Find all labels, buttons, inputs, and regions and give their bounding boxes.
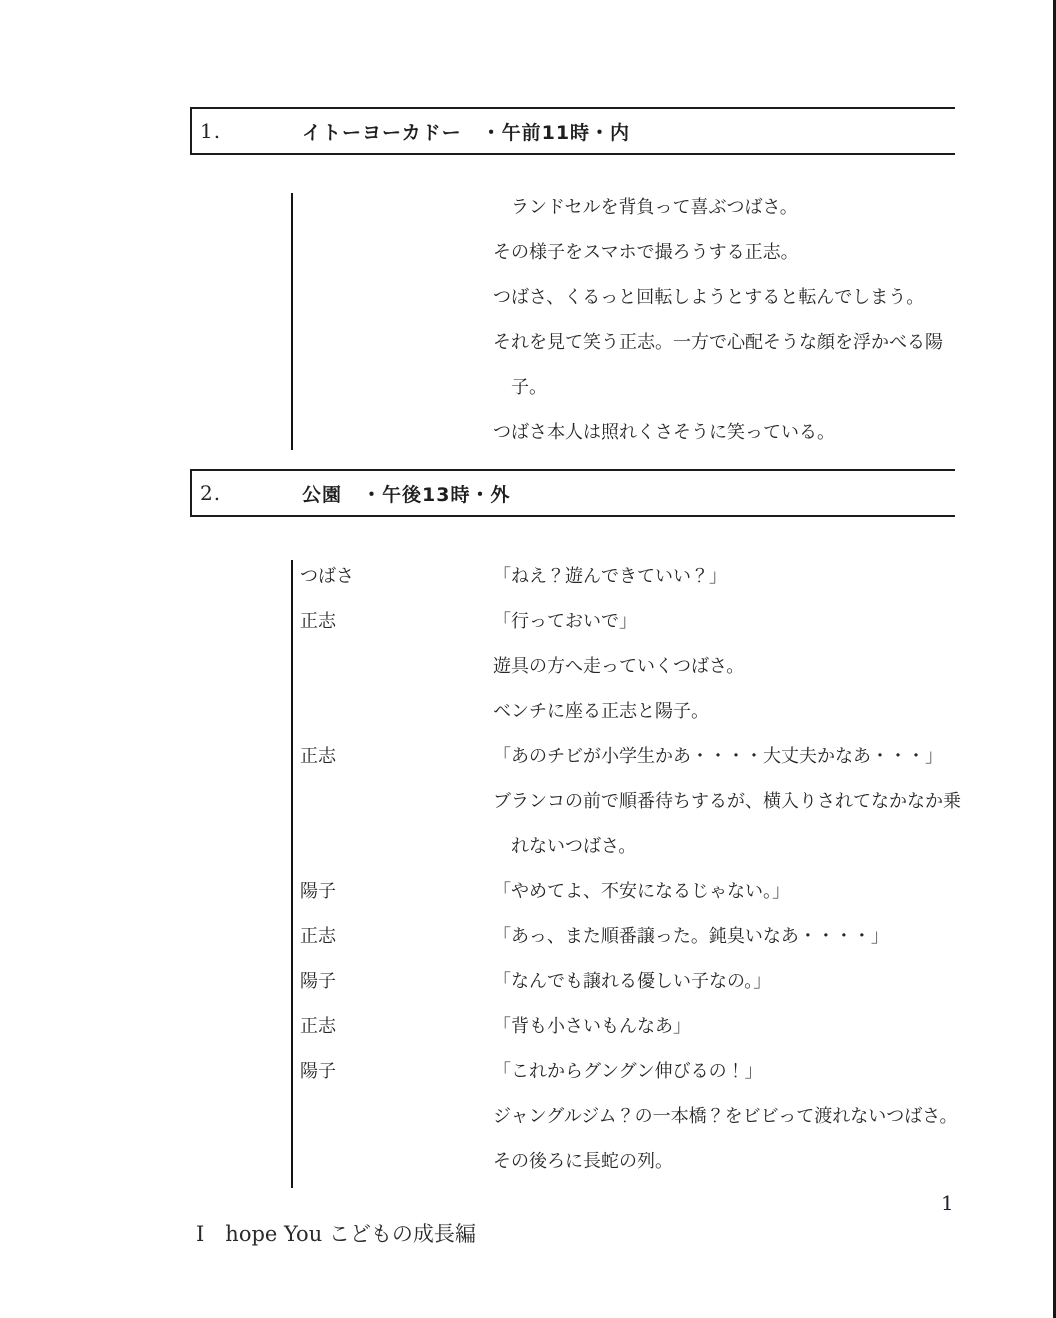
action-text: 子。 xyxy=(493,376,547,400)
scene-heading-2: 2. 公園 ・午後13時・外 xyxy=(190,469,955,517)
dialogue-text: 「これからグングン伸びるの！」 xyxy=(493,1060,763,1084)
action-text: 遊具の方へ走っていくつばさ。 xyxy=(493,655,744,679)
action-row: つばさ、くるっと回転しようとすると転んでしまう。 xyxy=(293,286,991,331)
dialogue-row: 正志「行っておいで」 xyxy=(293,610,991,655)
action-text: つばさ、くるっと回転しようとすると転んでしまう。 xyxy=(493,286,924,310)
page-number: 1 xyxy=(941,1191,954,1215)
action-row: 遊具の方へ走っていくつばさ。 xyxy=(293,655,991,700)
footer-title: I hope You こどもの成長編 xyxy=(196,1218,476,1248)
dialogue-row: つばさ「ねえ？遊んできていい？」 xyxy=(293,565,991,610)
dialogue-row: 陽子「なんでも譲れる優しい子なの。」 xyxy=(293,970,991,1015)
character-name: 陽子 xyxy=(293,880,493,904)
action-row: その後ろに長蛇の列。 xyxy=(293,1150,991,1195)
dialogue-text: 「あっ、また順番譲った。鈍臭いなあ・・・・」 xyxy=(493,925,889,949)
character-name: 陽子 xyxy=(293,1060,493,1084)
dialogue-row: 正志「背も小さいもんなあ」 xyxy=(293,1015,991,1060)
action-text: ブランコの前で順番待ちするが、横入りされてなかなか乗 xyxy=(493,790,961,814)
scene-number: 2. xyxy=(200,481,300,505)
action-text: その後ろに長蛇の列。 xyxy=(493,1150,673,1174)
dialogue-text: 「なんでも譲れる優しい子なの。」 xyxy=(493,970,771,994)
character-name: 正志 xyxy=(293,745,493,769)
dialogue-text: 「背も小さいもんなあ」 xyxy=(493,1015,691,1039)
action-row: れないつばさ。 xyxy=(293,835,991,880)
script-page: 1. イトーヨーカドー ・午前11時・内 ランドセルを背負って喜ぶつばさ。その様… xyxy=(0,0,1056,1318)
action-row: ジャングルジム？の一本橋？をビビって渡れないつばさ。 xyxy=(293,1105,991,1150)
dialogue-text: 「行っておいで」 xyxy=(493,610,637,634)
action-row: それを見て笑う正志。一方で心配そうな顔を浮かべる陽 xyxy=(293,331,991,376)
action-text: その様子をスマホで撮ろうする正志。 xyxy=(493,241,799,265)
scene-body-1: ランドセルを背負って喜ぶつばさ。その様子をスマホで撮ろうする正志。つばさ、くるっ… xyxy=(291,193,991,450)
dialogue-row: 陽子「やめてよ、不安になるじゃない。」 xyxy=(293,880,991,925)
scene-body-2: つばさ「ねえ？遊んできていい？」正志「行っておいで」遊具の方へ走っていくつばさ。… xyxy=(291,560,991,1188)
dialogue-row: 陽子「これからグングン伸びるの！」 xyxy=(293,1060,991,1105)
action-text: れないつばさ。 xyxy=(493,835,636,859)
action-text: ベンチに座る正志と陽子。 xyxy=(493,700,709,724)
dialogue-row: 正志「あっ、また順番譲った。鈍臭いなあ・・・・」 xyxy=(293,925,991,970)
character-name: 正志 xyxy=(293,1015,493,1039)
dialogue-text: 「あのチビが小学生かあ・・・・大丈夫かなあ・・・」 xyxy=(493,745,943,769)
action-row: その様子をスマホで撮ろうする正志。 xyxy=(293,241,991,286)
action-row: 子。 xyxy=(293,376,991,421)
character-name: つばさ xyxy=(293,565,493,589)
dialogue-text: 「やめてよ、不安になるじゃない。」 xyxy=(493,880,790,904)
action-text: それを見て笑う正志。一方で心配そうな顔を浮かべる陽 xyxy=(493,331,943,355)
scene-title: 公園 ・午後13時・外 xyxy=(302,480,510,507)
action-row: ブランコの前で順番待ちするが、横入りされてなかなか乗 xyxy=(293,790,991,835)
action-row: ベンチに座る正志と陽子。 xyxy=(293,700,991,745)
dialogue-text: 「ねえ？遊んできていい？」 xyxy=(493,565,727,589)
action-row: ランドセルを背負って喜ぶつばさ。 xyxy=(293,196,991,241)
scene-number: 1. xyxy=(200,119,300,143)
action-text: ジャングルジム？の一本橋？をビビって渡れないつばさ。 xyxy=(493,1105,958,1129)
character-name: 正志 xyxy=(293,610,493,634)
character-name: 正志 xyxy=(293,925,493,949)
character-name: 陽子 xyxy=(293,970,493,994)
action-row: つばさ本人は照れくさそうに笑っている。 xyxy=(293,421,991,466)
action-text: つばさ本人は照れくさそうに笑っている。 xyxy=(493,421,835,445)
scene-heading-1: 1. イトーヨーカドー ・午前11時・内 xyxy=(190,107,955,155)
action-text: ランドセルを背負って喜ぶつばさ。 xyxy=(493,196,798,220)
dialogue-row: 正志「あのチビが小学生かあ・・・・大丈夫かなあ・・・」 xyxy=(293,745,991,790)
scene-title: イトーヨーカドー ・午前11時・内 xyxy=(302,118,630,145)
